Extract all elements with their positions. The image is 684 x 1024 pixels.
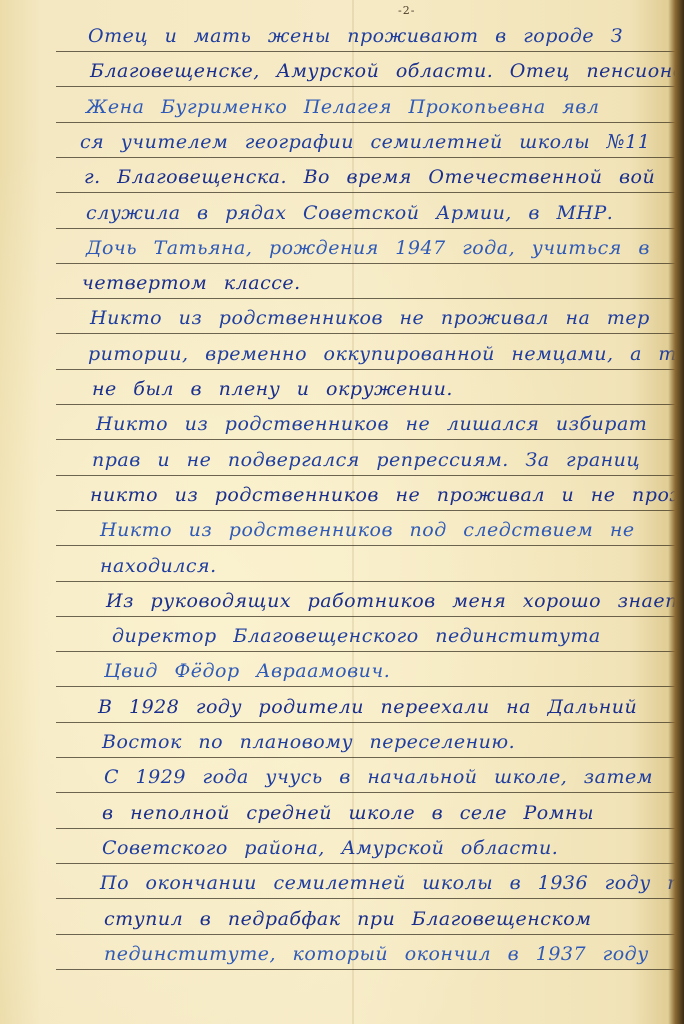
handwritten-line-text: находился.	[100, 555, 217, 577]
handwritten-line-text: г. Благовещенска. Во время Отечественной…	[84, 166, 655, 188]
handwritten-line-text: Советского района, Амурской области.	[102, 837, 558, 859]
handwritten-line: Дочь Татьяна, рождения 1947 года, учитьс…	[0, 228, 684, 263]
handwritten-line-text: Жена Бугрименко Пелагея Прокопьевна явл	[86, 96, 599, 118]
handwritten-line: По окончании семилетней школы в 1936 год…	[0, 863, 684, 898]
handwritten-line: ритории, временно оккупированной немцами…	[0, 334, 684, 369]
handwritten-line-text: никто из родственников не проживал и не …	[90, 484, 684, 506]
handwritten-line-text: прав и не подвергался репрессиям. За гра…	[92, 449, 640, 471]
handwritten-line-text: Из руководящих работников меня хорошо зн…	[106, 590, 684, 612]
handwritten-line-text: в неполной средней школе в селе Ромны	[102, 802, 594, 824]
page-edge-shadow	[668, 0, 684, 1024]
handwritten-line: находился.	[0, 546, 684, 581]
handwritten-line-text: В 1928 году родители переехали на Дальни…	[98, 696, 637, 718]
handwritten-line: Благовещенске, Амурской области. Отец пе…	[0, 51, 684, 86]
handwritten-line-text: Никто из родственников не лишался избира…	[96, 413, 647, 435]
handwritten-line: В 1928 году родители переехали на Дальни…	[0, 687, 684, 722]
handwritten-line: никто из родственников не проживал и не …	[0, 475, 684, 510]
handwritten-line: директор Благовещенского пединститута	[0, 616, 684, 651]
handwritten-line: четвертом классе.	[0, 263, 684, 298]
handwritten-line-text: четвертом классе.	[82, 272, 301, 294]
handwritten-line: Цвид Фёдор Авраамович.	[0, 651, 684, 686]
handwritten-line-text: ритории, временно оккупированной немцами…	[88, 343, 684, 365]
handwritten-line-text: ступил в педрабфак при Благовещенском	[104, 908, 591, 930]
handwritten-line-text: не был в плену и окружении.	[92, 378, 453, 400]
handwritten-line: прав и не подвергался репрессиям. За гра…	[0, 440, 684, 475]
handwritten-line-text: По окончании семилетней школы в 1936 год…	[100, 872, 680, 894]
handwritten-line: не был в плену и окружении.	[0, 369, 684, 404]
handwritten-line: в неполной средней школе в селе Ромны	[0, 793, 684, 828]
handwritten-line: Никто из родственников не проживал на те…	[0, 298, 684, 333]
handwritten-line: Советского района, Амурской области.	[0, 828, 684, 863]
handwritten-line: Отец и мать жены проживают в городе З	[0, 16, 684, 51]
document-page: -2- Отец и мать жены проживают в городе …	[0, 0, 684, 1024]
handwritten-line-text: Отец и мать жены проживают в городе З	[88, 25, 623, 47]
handwritten-line: пединституте, который окончил в 1937 год…	[0, 934, 684, 969]
handwritten-line: Никто из родственников не лишался избира…	[0, 404, 684, 439]
handwritten-line-text: Благовещенске, Амурской области. Отец пе…	[90, 60, 684, 82]
handwritten-line: ступил в педрабфак при Благовещенском	[0, 899, 684, 934]
handwritten-line: Восток по плановому переселению.	[0, 722, 684, 757]
handwritten-line: Никто из родственников под следствием не	[0, 510, 684, 545]
handwritten-line: Из руководящих работников меня хорошо зн…	[0, 581, 684, 616]
ruled-line	[56, 969, 676, 970]
handwritten-line-text: Дочь Татьяна, рождения 1947 года, учитьс…	[86, 237, 650, 259]
handwritten-line-text: Восток по плановому переселению.	[102, 731, 515, 753]
handwritten-line: служила в рядах Советской Армии, в МНР.	[0, 193, 684, 228]
handwritten-line: ся учителем географии семилетней школы №…	[0, 122, 684, 157]
handwritten-line: г. Благовещенска. Во время Отечественной…	[0, 157, 684, 192]
handwritten-line-text: Цвид Фёдор Авраамович.	[104, 660, 390, 682]
handwritten-line-text: служила в рядах Советской Армии, в МНР.	[86, 202, 613, 224]
handwritten-line-text: пединституте, который окончил в 1937 год…	[104, 943, 649, 965]
handwritten-line-text: Никто из родственников не проживал на те…	[90, 307, 650, 329]
handwritten-line-text: ся учителем географии семилетней школы №…	[80, 131, 650, 153]
handwritten-line-text: Никто из родственников под следствием не	[100, 519, 635, 541]
handwritten-line: С 1929 года учусь в начальной школе, зат…	[0, 757, 684, 792]
handwritten-line-text: С 1929 года учусь в начальной школе, зат…	[104, 766, 653, 788]
handwritten-line: Жена Бугрименко Пелагея Прокопьевна явл	[0, 87, 684, 122]
handwritten-line-text: директор Благовещенского пединститута	[112, 625, 601, 647]
